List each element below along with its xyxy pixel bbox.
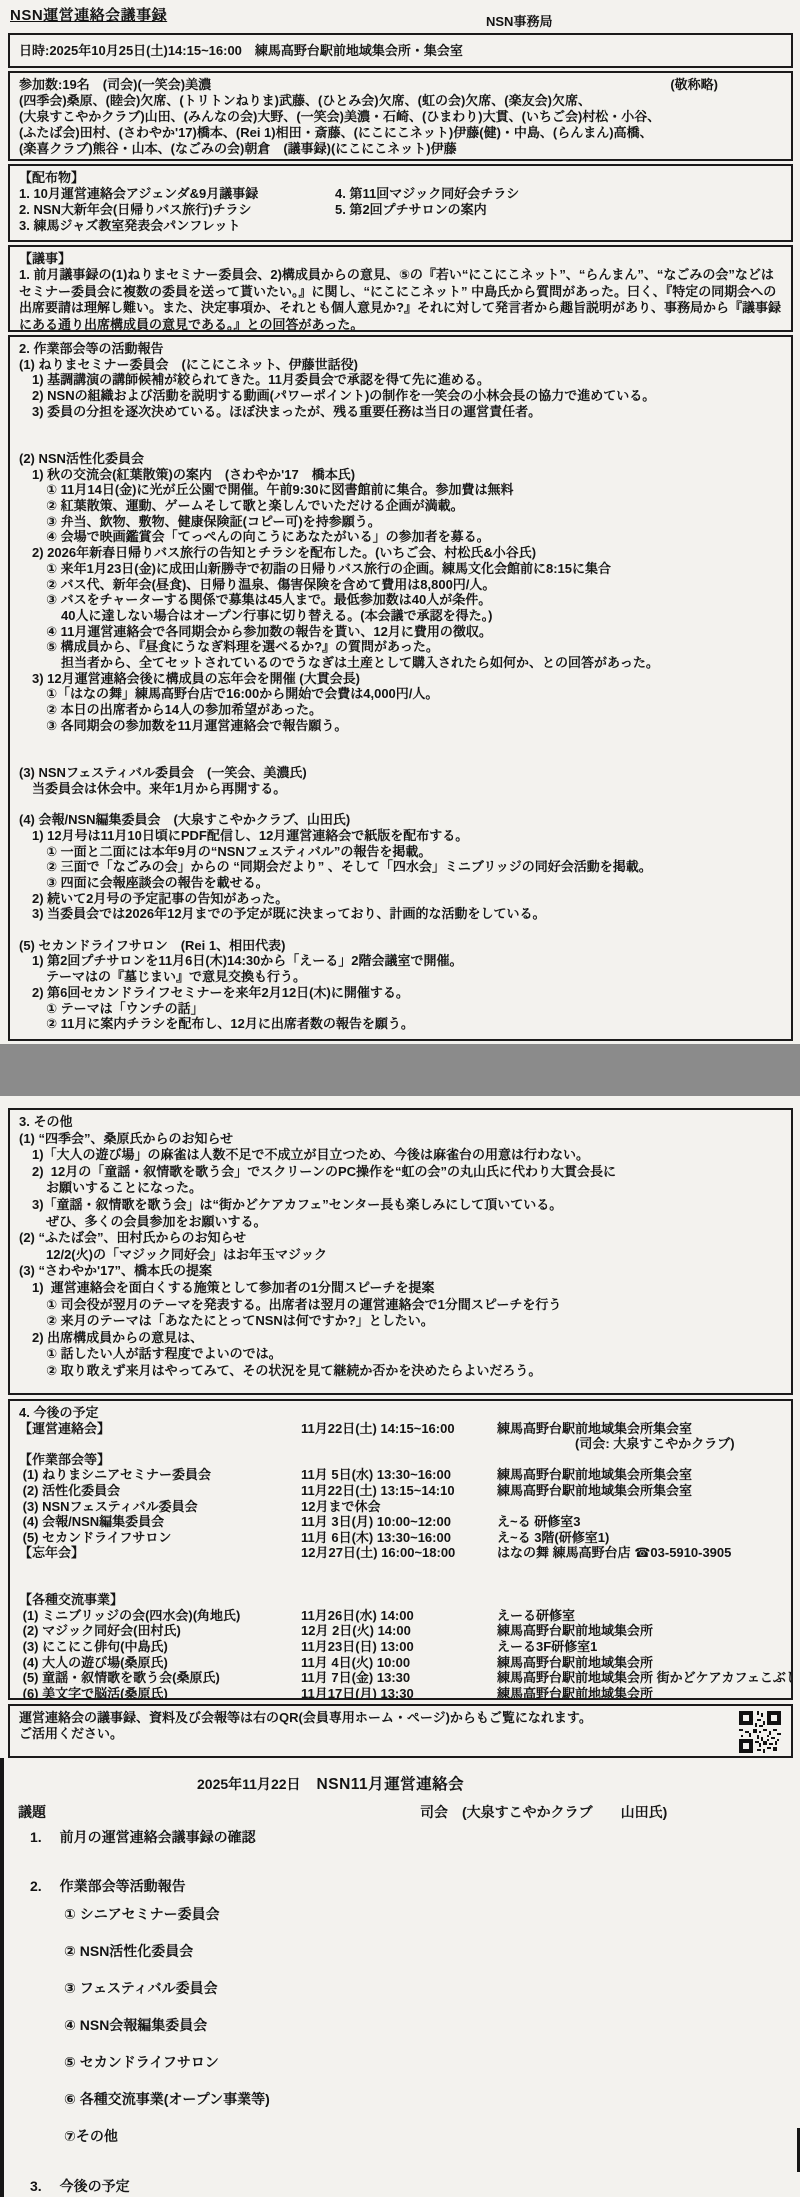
schedule-label: (3) NSNフェスティバル委員会: [19, 1499, 301, 1515]
schedule-label: (3) にこにこ俳句(中島氏): [19, 1639, 301, 1655]
text-line: 2. NSN大新年会(日帰りバス旅行)チラシ: [19, 202, 335, 218]
attendee-list: (四季会)桑原、(睦会)欠席、(トリトンねりま)武藤、(ひとみ会)欠席、(虹の会…: [19, 93, 782, 157]
schedule-where: [497, 1561, 782, 1577]
qr-note-box: 運営連絡会の議事録、資料及び会報等は右のQR(会員専用ホーム・ページ)からもご覧…: [8, 1704, 793, 1758]
handouts-right-column: 4. 第11回マジック同好会チラシ5. 第2回プチサロンの案内: [335, 186, 519, 234]
text-line: [19, 435, 782, 451]
handouts-box: 【配布物】 1. 10月運営連絡会アジェンダ&9月議事録2. NSN大新年会(日…: [8, 164, 793, 242]
schedule-where: (司会: 大泉すこやかクラブ): [497, 1436, 782, 1452]
schedule-where: 練馬高野台駅前地域集会所集会室: [497, 1421, 782, 1437]
text-line: ③ 弁当、飲物、敷物、健康保険証(コピー可)を持参願う。: [19, 514, 782, 530]
text-line: ③ 四面に会報座談会の報告を載せる。: [19, 875, 782, 891]
schedule-label: (5) セカンドライフサロン: [19, 1530, 301, 1546]
schedule-where: [497, 1592, 782, 1608]
text-line: 3) 当委員会では2026年12月までの予定が既に決まっており、計画的な活動をし…: [19, 906, 782, 922]
honorific-note: (敬称略): [670, 77, 782, 93]
schedule-label: (2) マジック同好会(田村氏): [19, 1623, 301, 1639]
schedule-when: 11月 6日(木) 13:30~16:00: [301, 1530, 497, 1546]
text-line: (4) 会報/NSN編集委員会 (大泉すこやかクラブ、山田氏): [19, 812, 782, 828]
schedule-heading: 4. 今後の予定: [19, 1405, 782, 1421]
text-line: ② 紅葉散策、運動、ゲームそして歌と楽しんでいただける企画が満載。: [19, 498, 782, 514]
text-line: 1) 秋の交流会(紅葉散策)の案内 (さわやか'17 橋本氏): [19, 467, 782, 483]
text-line: (1) “四季会”、桑原氏からのお知らせ: [19, 1131, 782, 1148]
schedule-label: (5) 童謡・叙情歌を歌う会(桑原氏): [19, 1670, 301, 1686]
text-line: (1) ねりまセミナー委員会 (にこにこネット、伊藤世話役): [19, 357, 782, 373]
text-line: 1) 12月号は11月10日頃にPDF配信し、12月運営連絡会で紙版を配布する。: [19, 828, 782, 844]
other-topics-box: 3. その他(1) “四季会”、桑原氏からのお知らせ1)「大人の遊び場」の麻雀は…: [8, 1108, 793, 1395]
text-line: [19, 922, 782, 938]
text-line: 2) 第6回セカンドライフセミナーを来年2月12日(木)に開催する。: [19, 985, 782, 1001]
text-line: ④ 11月運営連絡会で各同期会から参加数の報告を貰い、12月に費用の徴収。: [19, 624, 782, 640]
text-line: ⑦その他: [64, 2128, 270, 2144]
attendee-count: 参加数:19名 (司会)(一笑会)美濃: [19, 77, 211, 93]
next-agenda-item-2: 2. 作業部会等活動報告: [30, 1876, 186, 1896]
text-line: (2) NSN活性化委員会: [19, 451, 782, 467]
schedule-where: え~る 研修室3: [497, 1514, 782, 1530]
text-line: 1. 10月運営連絡会アジェンダ&9月議事録: [19, 186, 335, 202]
schedule-when: [301, 1561, 497, 1577]
qr-code-graphic: [739, 1711, 781, 1753]
schedule-when: 11月22日(土) 14:15~16:00: [301, 1421, 497, 1437]
text-line: (5) セカンドライフサロン (Rei 1、相田代表): [19, 938, 782, 954]
schedule-when: [301, 1452, 497, 1468]
schedule-row: [19, 1561, 782, 1577]
text-line: ④ NSN会報編集委員会: [64, 2017, 270, 2033]
text-line: 2) 続いて2月号の予定記事の告知があった。: [19, 891, 782, 907]
schedule-label: (2) 活性化委員会: [19, 1483, 301, 1499]
schedule-label: [19, 1577, 301, 1593]
schedule-when: 11月 5日(水) 13:30~16:00: [301, 1467, 497, 1483]
text-line: (3) “さわやか'17”、橋本氏の提案: [19, 1263, 782, 1280]
next-meeting-heading: 2025年11月22日NSN11月運営連絡会: [197, 1772, 464, 1794]
text-line: 担当者から、全てセットされているのでうなぎは土産として購入されたら如何か、との回…: [19, 655, 782, 671]
schedule-when: 11月22日(土) 13:15~14:10: [301, 1483, 497, 1499]
schedule-row: (3) にこにこ俳句(中島氏)11月23日(日) 13:00えーる3F研修室1: [19, 1639, 782, 1655]
text-line: ② NSN活性化委員会: [64, 1943, 270, 1959]
text-line: ① シニアセミナー委員会: [64, 1906, 270, 1922]
schedule-label: 【作業部会等】: [19, 1452, 301, 1468]
schedule-when: 11月17日(月) 13:30: [301, 1686, 497, 1700]
schedule-when: [301, 1577, 497, 1593]
text-line: ①「はなの舞」練馬高野台店で16:00から開始で会費は4,000円/人。: [19, 686, 782, 702]
schedule-when: [301, 1436, 497, 1452]
schedule-when: 12月27日(土) 16:00~18:00: [301, 1545, 497, 1561]
text-line: 3. 練馬ジャズ教室発表会パンフレット: [19, 218, 335, 234]
next-agenda-sub-items: ① シニアセミナー委員会② NSN活性化委員会③ フェスティバル委員会④ NSN…: [64, 1906, 270, 2165]
text-line: 12/2(火)の「マジック同好会」はお年玉マジック: [19, 1247, 782, 1264]
text-line: 2. 作業部会等の活動報告: [19, 341, 782, 357]
text-line: ③ フェスティバル委員会: [64, 1980, 270, 1996]
schedule-row: [19, 1577, 782, 1593]
scanned-minutes-document: { "colors": { "paper": "#f3f2ee", "ink":…: [0, 0, 800, 2197]
text-line: ③ 各同期会の参加数を11月運営連絡会で報告願う。: [19, 718, 782, 734]
qr-note-line1: 運営連絡会の議事録、資料及び会報等は右のQR(会員専用ホーム・ページ)からもご覧…: [19, 1710, 782, 1726]
next-meeting-date: 2025年11月22日: [197, 1776, 301, 1792]
text-line: ② 三面で「なごみの会」からの “同期会だより” 、そして「四水会」ミニブリッジ…: [19, 859, 782, 875]
text-line: (ふたば会)田村、(さわやか'17)橋本、(Rei 1)相田・斎藤、(にこにこネ…: [19, 125, 782, 141]
agenda-heading: 【議事】: [19, 251, 782, 267]
page-divider-band: [0, 1044, 800, 1096]
text-line: ② 取り敢えず来月はやってみて、その状況を見て継続か否かを決めたらよいだろう。: [19, 1363, 782, 1380]
issuing-office: NSN事務局: [486, 11, 552, 30]
schedule-label: 【忘年会】: [19, 1545, 301, 1561]
text-line: 2) 出席構成員からの意見は、: [19, 1330, 782, 1347]
schedule-row: (2) 活性化委員会11月22日(土) 13:15~14:10練馬高野台駅前地域…: [19, 1483, 782, 1499]
text-line: 5. 第2回プチサロンの案内: [335, 202, 519, 218]
next-agenda-item-1: 1. 前月の運営連絡会議事録の確認: [30, 1827, 256, 1847]
next-meeting-chair: 司会 (大泉すこやかクラブ 山田氏): [420, 1802, 667, 1822]
text-line: テーマはの『墓じまい』で意見交換も行う。: [19, 969, 782, 985]
text-line: ⑤ 構成員から、『昼食にうなぎ料理を選べるか?』の質問があった。: [19, 639, 782, 655]
schedule-rows: 【運営連絡会】11月22日(土) 14:15~16:00練馬高野台駅前地域集会所…: [19, 1421, 782, 1700]
schedule-row: 【各種交流事業】: [19, 1592, 782, 1608]
text-line: ① 来年1月23日(金)に成田山新勝寺で初詣の日帰りバス旅行の企画。練馬文化会館…: [19, 561, 782, 577]
schedule-where: え~る 3階(研修室1): [497, 1530, 782, 1546]
text-line: ③ バスをチャーターする関係で募集は45人まで。最低参加数は40人が条件。: [19, 592, 782, 608]
text-line: 2) 2026年新春日帰りバス旅行の告知とチラシを配布した。(いちご会、村松氏&…: [19, 545, 782, 561]
document-title: NSN運営連絡会議事録: [10, 4, 167, 25]
text-line: 40人に達しない場合はオープン行事に切り替える。(本会議で承認を得た。): [19, 608, 782, 624]
activity-reports-box: 2. 作業部会等の活動報告(1) ねりまセミナー委員会 (にこにこネット、伊藤世…: [8, 335, 793, 1041]
schedule-label: [19, 1436, 301, 1452]
text-line: ④ 会場で映画鑑賞会「てっぺんの向こうにあなたがいる」の参加者を募る。: [19, 529, 782, 545]
text-line: 2) 12月の「童謡・叙情歌を歌う会」でスクリーンのPC操作を“虹の会”の丸山氏…: [19, 1164, 782, 1181]
text-line: [19, 749, 782, 765]
schedule-label: (4) 大人の遊び場(桑原氏): [19, 1655, 301, 1671]
text-line: ⑤ セカンドライフサロン: [64, 2054, 270, 2070]
qr-code: [739, 1711, 781, 1753]
schedule-label: 【各種交流事業】: [19, 1592, 301, 1608]
schedule-where: はなの舞 練馬高野台店 ☎03-5910-3905: [497, 1545, 782, 1561]
text-line: ぜひ、多くの会員参加をお願いする。: [19, 1214, 782, 1231]
schedule-row: (2) マジック同好会(田村氏)12月 2日(火) 14:00練馬高野台駅前地域…: [19, 1623, 782, 1639]
text-line: 4. 第11回マジック同好会チラシ: [335, 186, 519, 202]
schedule-when: 11月 4日(火) 10:00: [301, 1655, 497, 1671]
schedule-label: (4) 会報/NSN編集委員会: [19, 1514, 301, 1530]
attendees-box: 参加数:19名 (司会)(一笑会)美濃 (敬称略) (四季会)桑原、(睦会)欠席…: [8, 71, 793, 161]
schedule-where: [497, 1499, 782, 1515]
text-line: 3) 委員の分担を逐次決めている。ほぼ決まったが、残る重要任務は当日の運営責任者…: [19, 404, 782, 420]
schedule-where: 練馬高野台駅前地域集会所: [497, 1623, 782, 1639]
schedule-label: [19, 1561, 301, 1577]
schedule-row: (5) 童謡・叙情歌を歌う会(桑原氏)11月 7日(金) 13:30練馬高野台駅…: [19, 1670, 782, 1686]
text-line: 1) 運営連絡会を面白くする施策として参加者の1分間スピーチを提案: [19, 1280, 782, 1297]
agenda-box: 【議事】 1. 前月議事録の(1)ねりまセミナー委員会、2)構成員からの意見、⑤…: [8, 245, 793, 332]
schedule-when: 12月まで休会: [301, 1499, 497, 1515]
schedule-row: (5) セカンドライフサロン11月 6日(木) 13:30~16:00え~る 3…: [19, 1530, 782, 1546]
next-agenda-item-3: 3. 今後の予定: [30, 2176, 130, 2196]
schedule-row: (6) 美文字で脳活(桑原氏)11月17日(月) 13:30練馬高野台駅前地域集…: [19, 1686, 782, 1700]
text-line: 1)「大人の遊び場」の麻雀は人数不足で不成立が目立つため、今後は麻雀台の用意は行…: [19, 1147, 782, 1164]
text-line: 3)「童謡・叙情歌を歌う会」は“街かどケアカフェ”センター長も楽しみにして頂いて…: [19, 1197, 782, 1214]
datetime-line: 日時:2025年10月25日(土)14:15~16:00 練馬高野台駅前地域集会…: [19, 43, 463, 59]
schedule-row: (1) ミニブリッジの会(四水会)(角地氏)11月26日(水) 14:00えーる…: [19, 1608, 782, 1624]
text-line: [19, 734, 782, 750]
text-line: ① 一面と二面には本年9月の“NSNフェスティバル”の報告を掲載。: [19, 844, 782, 860]
agenda-body: 1. 前月議事録の(1)ねりまセミナー委員会、2)構成員からの意見、⑤の『若い“…: [19, 267, 782, 332]
schedule-row: (4) 大人の遊び場(桑原氏)11月 4日(火) 10:00練馬高野台駅前地域集…: [19, 1655, 782, 1671]
schedule-where: 練馬高野台駅前地域集会所: [497, 1655, 782, 1671]
text-line: ① 司会役が翌月のテーマを発表する。出席者は翌月の運営連絡会で1分間スピーチを行…: [19, 1297, 782, 1314]
schedule-row: (司会: 大泉すこやかクラブ): [19, 1436, 782, 1452]
schedule-when: 12月 2日(火) 14:00: [301, 1623, 497, 1639]
schedule-where: えーる研修室: [497, 1608, 782, 1624]
text-line: [19, 420, 782, 436]
schedule-label: (1) ねりまシニアセミナー委員会: [19, 1467, 301, 1483]
text-line: 3. その他: [19, 1114, 782, 1131]
text-line: ② バス代、新年会(昼食)、日帰り温泉、傷害保険を含めて費用は8,800円/人。: [19, 577, 782, 593]
schedule-where: 練馬高野台駅前地域集会所 街かどケアカフェこぶし: [497, 1670, 793, 1686]
schedule-when: 11月 7日(金) 13:30: [301, 1670, 497, 1686]
schedule-row: (1) ねりまシニアセミナー委員会11月 5日(水) 13:30~16:00練馬…: [19, 1467, 782, 1483]
schedule-row: 【運営連絡会】11月22日(土) 14:15~16:00練馬高野台駅前地域集会所…: [19, 1421, 782, 1437]
handouts-heading: 【配布物】: [19, 170, 782, 186]
text-line: (2) “ふたば会”、田村氏からのお知らせ: [19, 1230, 782, 1247]
schedule-where: 練馬高野台駅前地域集会所集会室: [497, 1467, 782, 1483]
scan-edge-artifact-left: [0, 1758, 4, 2197]
agenda-label: 議題: [18, 1802, 46, 1822]
text-line: 1) 基調講演の講師候補が絞られてきた。11月委員会で承認を得て先に進める。: [19, 372, 782, 388]
text-line: (3) NSNフェスティバル委員会 (一笑会、美濃氏): [19, 765, 782, 781]
text-line: (大泉すこやかクラブ)山田、(みんなの会)大野、(一笑会)美濃・石崎、(ひまわり…: [19, 109, 782, 125]
text-line: ① テーマは「ウンチの話」: [19, 1001, 782, 1017]
schedule-where: 練馬高野台駅前地域集会所: [497, 1686, 782, 1700]
text-line: (四季会)桑原、(睦会)欠席、(トリトンねりま)武藤、(ひとみ会)欠席、(虹の会…: [19, 93, 782, 109]
schedule-row: (3) NSNフェスティバル委員会12月まで休会: [19, 1499, 782, 1515]
text-line: ⑥ 各種交流事業(オープン事業等): [64, 2091, 270, 2107]
text-line: ② 来月のテーマは「あなたにとってNSNは何ですか?」としたい。: [19, 1313, 782, 1330]
text-line: (楽喜クラブ)熊谷・山本、(なごみの会)朝倉 (議事録)(にこにこネット)伊藤: [19, 141, 782, 157]
datetime-box: 日時:2025年10月25日(土)14:15~16:00 練馬高野台駅前地域集会…: [8, 33, 793, 68]
qr-note-line2: ご活用ください。: [19, 1726, 782, 1742]
schedule-when: 11月23日(日) 13:00: [301, 1639, 497, 1655]
text-line: [19, 796, 782, 812]
schedule-label: 【運営連絡会】: [19, 1421, 301, 1437]
text-line: ① 話したい人が話す程度でよいのでは。: [19, 1346, 782, 1363]
schedule-when: 11月26日(水) 14:00: [301, 1608, 497, 1624]
text-line: 3) 12月運営連絡会後に構成員の忘年会を開催 (大貫会長): [19, 671, 782, 687]
text-line: ② 11月に案内チラシを配布し、12月に出席者数の報告を願う。: [19, 1016, 782, 1032]
text-line: ① 11月14日(金)に光が丘公園で開催。午前9:30に図書館前に集合。参加費は…: [19, 482, 782, 498]
schedule-when: [301, 1592, 497, 1608]
schedule-row: 【作業部会等】: [19, 1452, 782, 1468]
upcoming-schedule-box: 4. 今後の予定 【運営連絡会】11月22日(土) 14:15~16:00練馬高…: [8, 1399, 793, 1700]
text-line: 当委員会は休会中。来年1月から再開する。: [19, 781, 782, 797]
text-line: ② 本日の出席者から14人の参加希望があった。: [19, 702, 782, 718]
schedule-row: 【忘年会】12月27日(土) 16:00~18:00はなの舞 練馬高野台店 ☎0…: [19, 1545, 782, 1561]
schedule-where: [497, 1577, 782, 1593]
schedule-label: (1) ミニブリッジの会(四水会)(角地氏): [19, 1608, 301, 1624]
schedule-row: (4) 会報/NSN編集委員会11月 3日(月) 10:00~12:00え~る …: [19, 1514, 782, 1530]
schedule-where: 練馬高野台駅前地域集会所集会室: [497, 1483, 782, 1499]
schedule-where: えーる3F研修室1: [497, 1639, 782, 1655]
handouts-left-column: 1. 10月運営連絡会アジェンダ&9月議事録2. NSN大新年会(日帰りバス旅行…: [19, 186, 335, 234]
schedule-when: 11月 3日(月) 10:00~12:00: [301, 1514, 497, 1530]
text-line: 2) NSNの組織および活動を説明する動画(パワーポイント)の制作を一笑会の小林…: [19, 388, 782, 404]
next-meeting-title: NSN11月運営連絡会: [317, 1776, 465, 1793]
schedule-where: [497, 1452, 782, 1468]
text-line: 1) 第2回プチサロンを11月6日(木)14:30から「えーる」2階会議室で開催…: [19, 953, 782, 969]
text-line: お願いすることになった。: [19, 1180, 782, 1197]
schedule-label: (6) 美文字で脳活(桑原氏): [19, 1686, 301, 1700]
